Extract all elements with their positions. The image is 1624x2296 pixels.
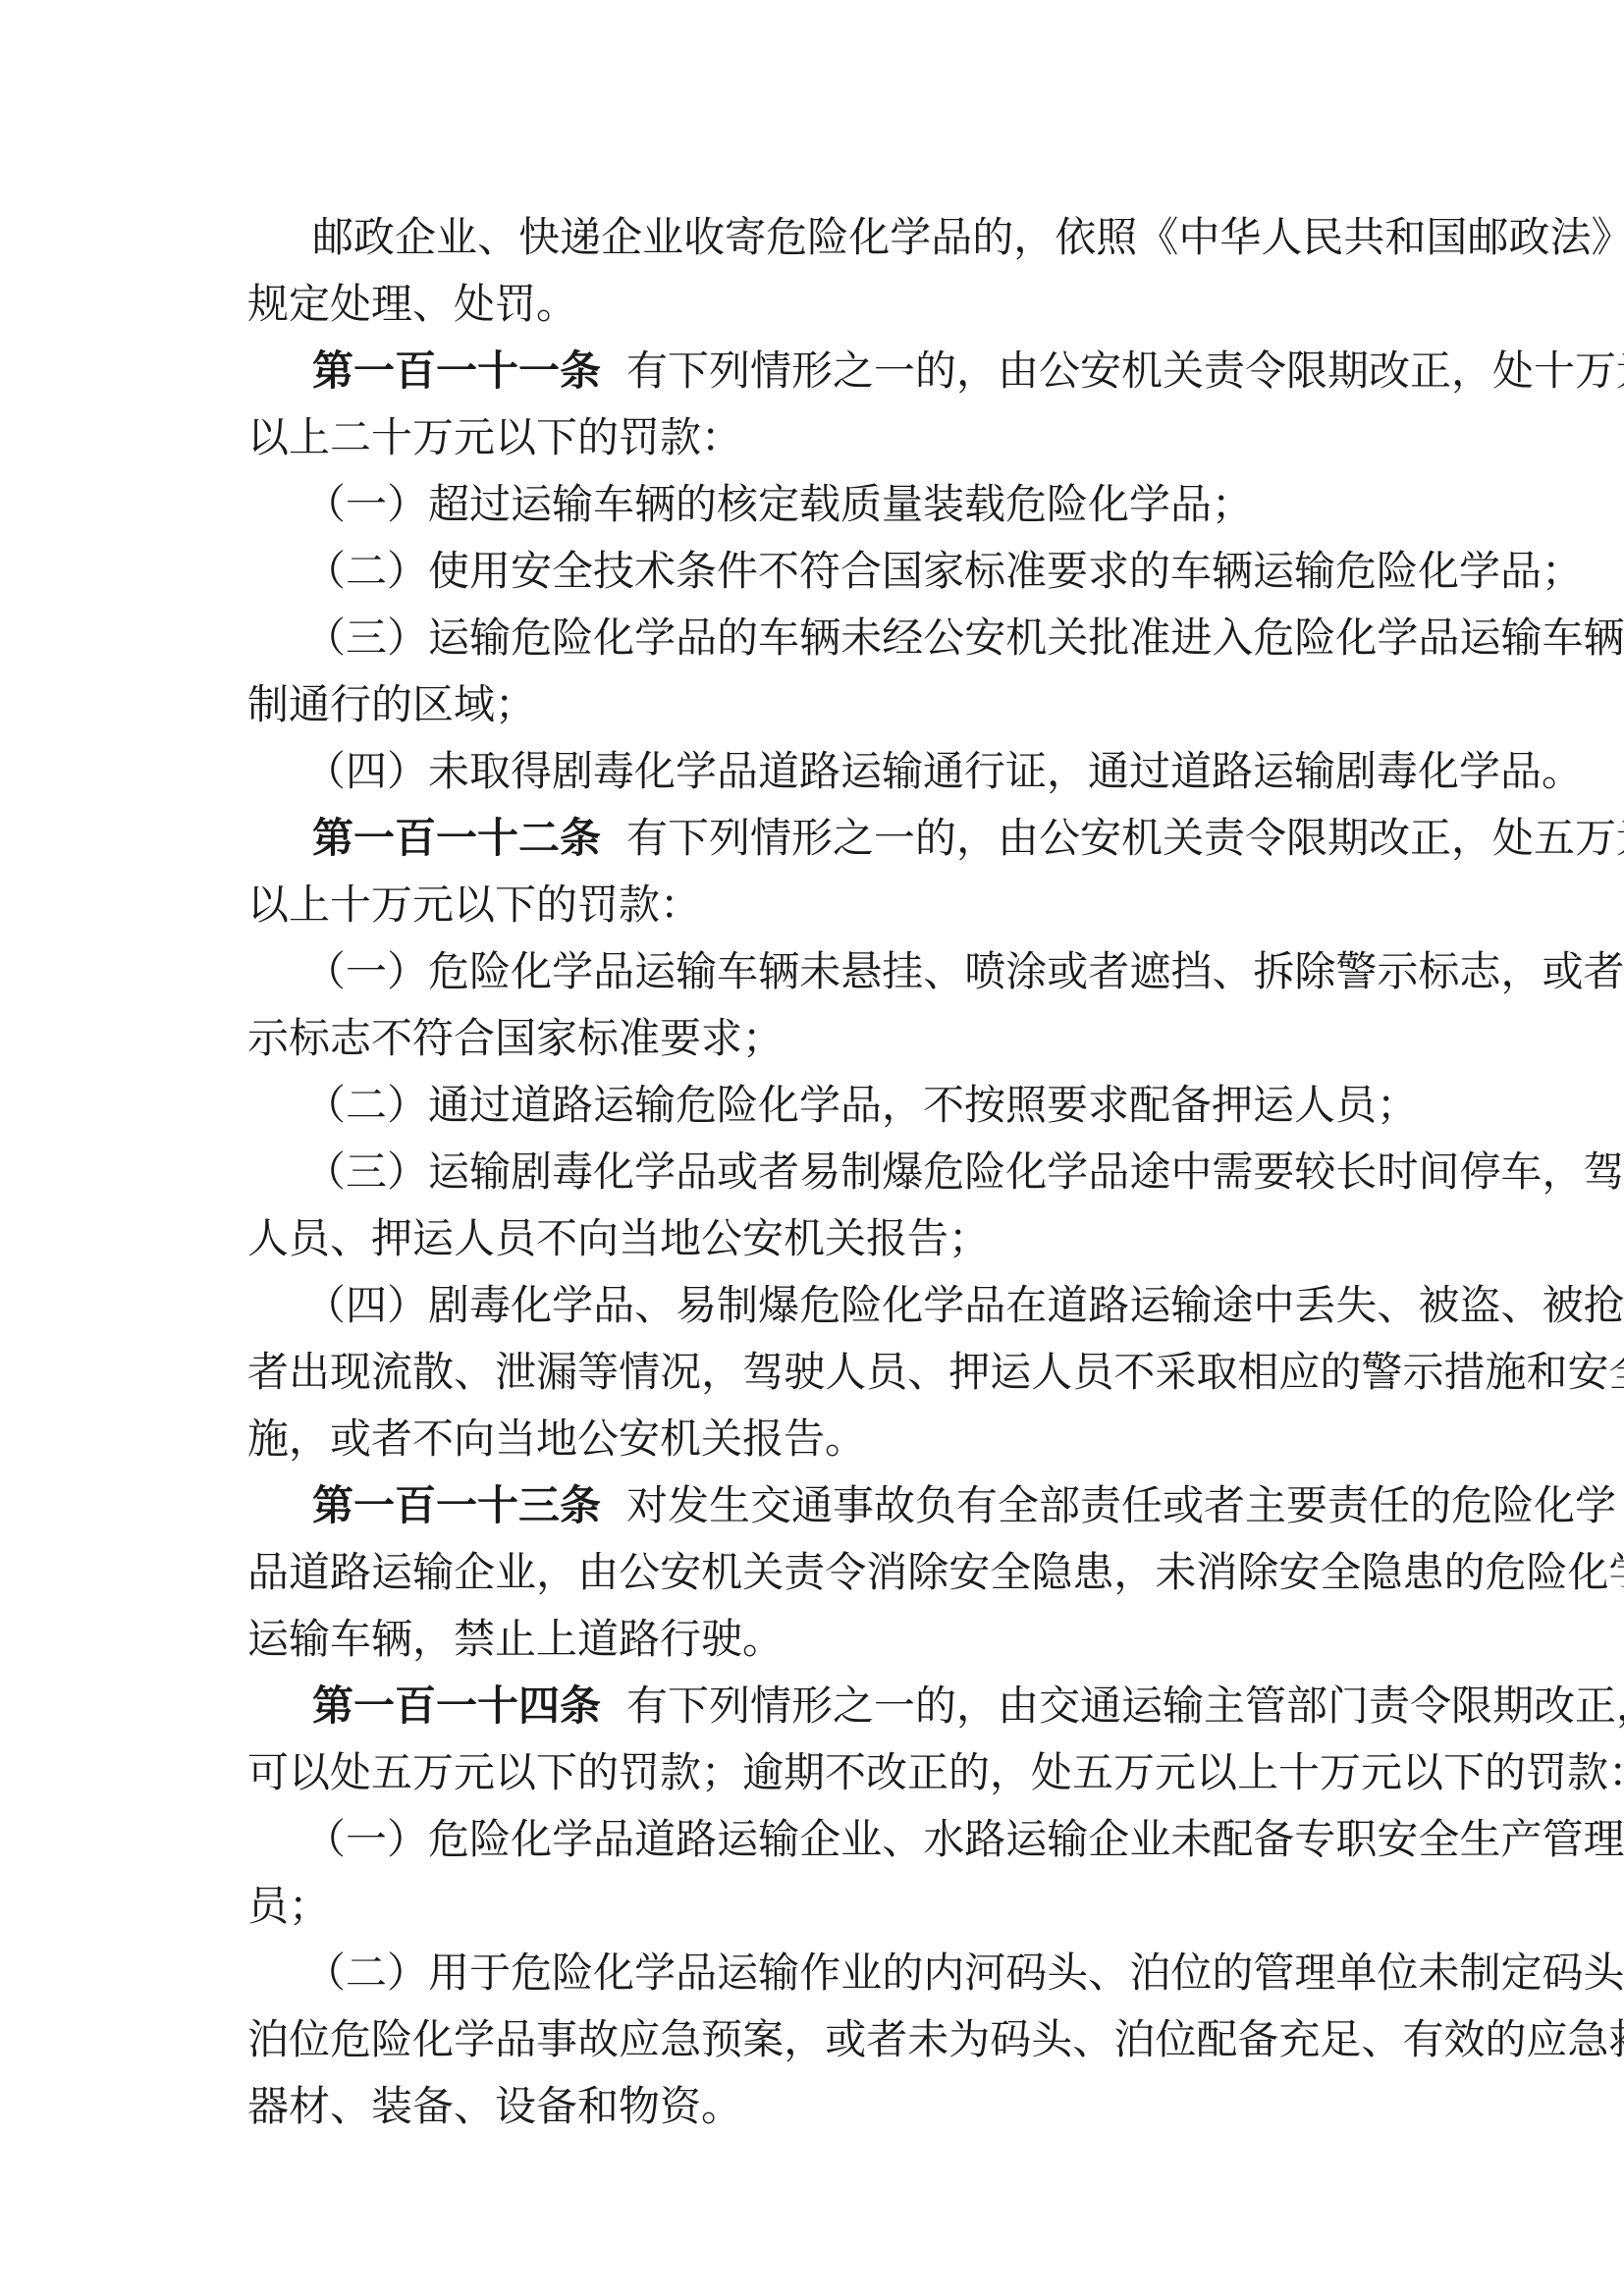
text-line: （一）危险化学品运输车辆未悬挂、喷涂或者遮挡、拆除警示标志，或者警 [247, 938, 1379, 1005]
text-line: 器材、装备、设备和物资。 [247, 2073, 1379, 2140]
list-item: （一）超过运输车辆的核定载质量装载危险化学品； [247, 471, 1379, 538]
text-line: 第一百一十一条有下列情形之一的，由公安机关责令限期改正，处十万元 [247, 338, 1379, 404]
list-item: （一）危险化学品道路运输企业、水路运输企业未配备专职安全生产管理人员； [247, 1806, 1379, 1940]
text-line: （一）危险化学品道路运输企业、水路运输企业未配备专职安全生产管理人 [247, 1806, 1379, 1873]
article-paragraph: 第一百一十三条对发生交通事故负有全部责任或者主要责任的危险化学品道路运输企业，由… [247, 1472, 1379, 1673]
line-text: 规定处理、处罚。 [247, 271, 577, 338]
text-line: （二）使用安全技术条件不符合国家标准要求的车辆运输危险化学品； [247, 538, 1379, 605]
text-line: （二）用于危险化学品运输作业的内河码头、泊位的管理单位未制定码头、 [247, 1940, 1379, 2006]
text-line: （三）运输危险化学品的车辆未经公安机关批准进入危险化学品运输车辆限 [247, 605, 1379, 671]
text-line: 第一百一十四条有下列情形之一的，由交通运输主管部门责令限期改正， [247, 1673, 1379, 1739]
line-text: 制通行的区域； [247, 671, 536, 738]
text-line: 员； [247, 1873, 1379, 1940]
article-heading: 第一百一十一条 [312, 338, 601, 404]
line-text: 有下列情形之一的，由公安机关责令限期改正，处十万元 [626, 338, 1624, 404]
text-line: 泊位危险化学品事故应急预案，或者未为码头、泊位配备充足、有效的应急救援 [247, 2006, 1379, 2073]
list-item: （二）用于危险化学品运输作业的内河码头、泊位的管理单位未制定码头、泊位危险化学品… [247, 1940, 1379, 2140]
text-line: 施，或者不向当地公安机关报告。 [247, 1406, 1379, 1472]
line-text: 人员、押运人员不向当地公安机关报告； [247, 1205, 990, 1272]
line-text: 施，或者不向当地公安机关报告。 [247, 1406, 866, 1472]
line-text: （四）未取得剧毒化学品道路运输通行证，通过道路运输剧毒化学品。 [304, 738, 1583, 805]
article-paragraph: 第一百一十二条有下列情形之一的，由公安机关责令限期改正，处五万元以上十万元以下的… [247, 805, 1379, 938]
text-line: 以上二十万元以下的罚款： [247, 404, 1379, 471]
list-item: （三）运输危险化学品的车辆未经公安机关批准进入危险化学品运输车辆限制通行的区域； [247, 605, 1379, 738]
line-text: 以上二十万元以下的罚款： [247, 404, 742, 471]
line-text: 有下列情形之一的，由交通运输主管部门责令限期改正， [626, 1673, 1624, 1739]
body-paragraph: 邮政企业、快递企业收寄危险化学品的，依照《中华人民共和国邮政法》的规定处理、处罚… [247, 204, 1379, 338]
line-text: （二）使用安全技术条件不符合国家标准要求的车辆运输危险化学品； [304, 538, 1583, 605]
text-line: 规定处理、处罚。 [247, 271, 1379, 338]
list-item: （三）运输剧毒化学品或者易制爆危险化学品途中需要较长时间停车，驾驶人员、押运人员… [247, 1139, 1379, 1272]
line-text: 示标志不符合国家标准要求； [247, 1005, 784, 1072]
article-heading: 第一百一十三条 [312, 1472, 601, 1539]
text-line: 以上十万元以下的罚款： [247, 872, 1379, 938]
article-paragraph: 第一百一十四条有下列情形之一的，由交通运输主管部门责令限期改正，可以处五万元以下… [247, 1673, 1379, 1806]
text-line: 人员、押运人员不向当地公安机关报告； [247, 1205, 1379, 1272]
text-line: （三）运输剧毒化学品或者易制爆危险化学品途中需要较长时间停车，驾驶 [247, 1139, 1379, 1205]
text-line: 运输车辆，禁止上道路行驶。 [247, 1606, 1379, 1673]
text-line: （四）剧毒化学品、易制爆危险化学品在道路运输途中丢失、被盗、被抢或 [247, 1272, 1379, 1339]
text-line: （二）通过道路运输危险化学品，不按照要求配备押运人员； [247, 1072, 1379, 1139]
article-heading: 第一百一十四条 [312, 1673, 601, 1739]
article-paragraph: 第一百一十一条有下列情形之一的，由公安机关责令限期改正，处十万元以上二十万元以下… [247, 338, 1379, 471]
text-line: 可以处五万元以下的罚款；逾期不改正的，处五万元以上十万元以下的罚款： [247, 1739, 1379, 1806]
line-text: 有下列情形之一的，由公安机关责令限期改正，处五万元 [626, 805, 1624, 872]
text-line: 品道路运输企业，由公安机关责令消除安全隐患，未消除安全隐患的危险化学品 [247, 1539, 1379, 1606]
line-text: 以上十万元以下的罚款： [247, 872, 701, 938]
text-line: 邮政企业、快递企业收寄危险化学品的，依照《中华人民共和国邮政法》的 [247, 204, 1379, 271]
line-text: 员； [247, 1873, 330, 1940]
list-item: （一）危险化学品运输车辆未悬挂、喷涂或者遮挡、拆除警示标志，或者警示标志不符合国… [247, 938, 1379, 1072]
text-line: 制通行的区域； [247, 671, 1379, 738]
text-line: 第一百一十二条有下列情形之一的，由公安机关责令限期改正，处五万元 [247, 805, 1379, 872]
text-line: 示标志不符合国家标准要求； [247, 1005, 1379, 1072]
list-item: （二）使用安全技术条件不符合国家标准要求的车辆运输危险化学品； [247, 538, 1379, 605]
line-text: 对发生交通事故负有全部责任或者主要责任的危险化学 [626, 1472, 1616, 1539]
text-line: （四）未取得剧毒化学品道路运输通行证，通过道路运输剧毒化学品。 [247, 738, 1379, 805]
line-text: 运输车辆，禁止上道路行驶。 [247, 1606, 784, 1673]
text-line: （一）超过运输车辆的核定载质量装载危险化学品； [247, 471, 1379, 538]
text-line: 第一百一十三条对发生交通事故负有全部责任或者主要责任的危险化学 [247, 1472, 1379, 1539]
line-text: 可以处五万元以下的罚款；逾期不改正的，处五万元以上十万元以下的罚款： [247, 1739, 1624, 1806]
article-heading: 第一百一十二条 [312, 805, 601, 872]
list-item: （四）剧毒化学品、易制爆危险化学品在道路运输途中丢失、被盗、被抢或者出现流散、泄… [247, 1272, 1379, 1472]
text-line: 者出现流散、泄漏等情况，驾驶人员、押运人员不采取相应的警示措施和安全措 [247, 1339, 1379, 1406]
document-page: 邮政企业、快递企业收寄危险化学品的，依照《中华人民共和国邮政法》的规定处理、处罚… [247, 204, 1379, 2140]
line-text: （二）通过道路运输危险化学品，不按照要求配备押运人员； [304, 1072, 1418, 1139]
list-item: （二）通过道路运输危险化学品，不按照要求配备押运人员； [247, 1072, 1379, 1139]
line-text: 器材、装备、设备和物资。 [247, 2073, 742, 2140]
list-item: （四）未取得剧毒化学品道路运输通行证，通过道路运输剧毒化学品。 [247, 738, 1379, 805]
line-text: （一）超过运输车辆的核定载质量装载危险化学品； [304, 471, 1253, 538]
